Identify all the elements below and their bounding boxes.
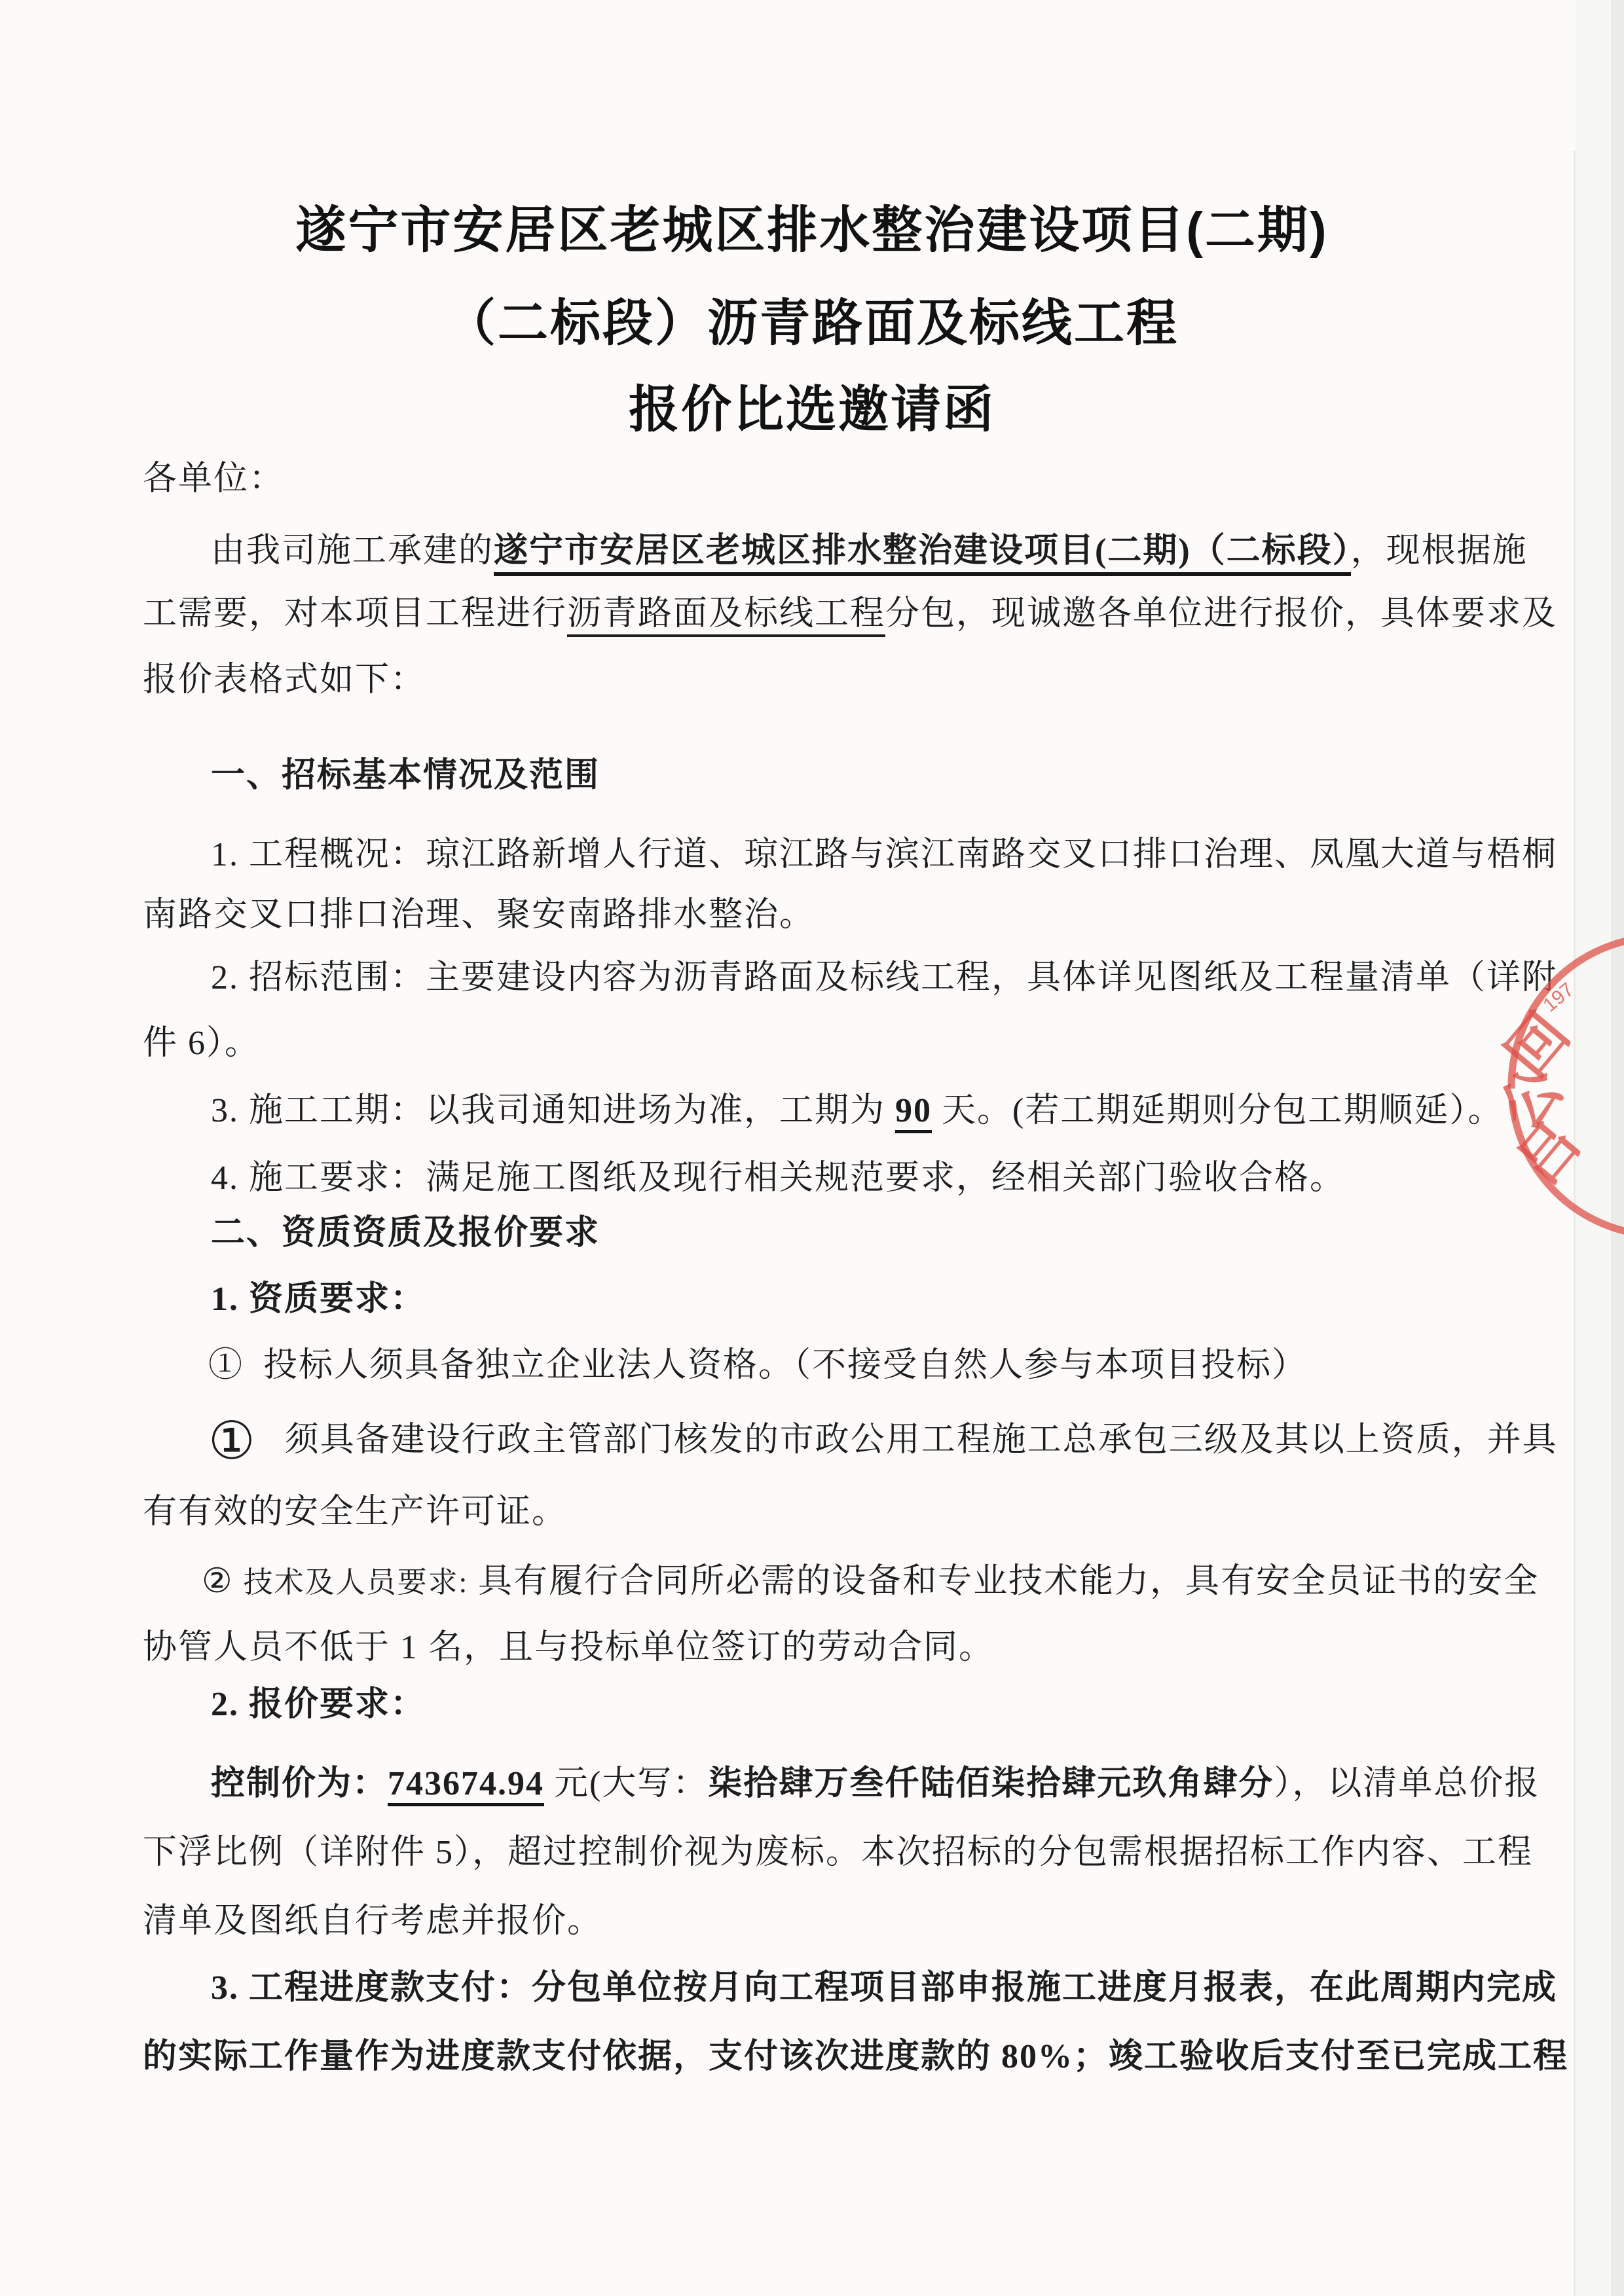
seal-ring-text: 197 (1539, 979, 1578, 1016)
text-segment: 有有效的安全生产许可证。 (143, 1493, 567, 1531)
control-price-line: 控制价为：743674.94 元(大写：柒拾肆万叁仟陆佰柒拾肆元玖角肆分），以清… (211, 1763, 1540, 1804)
subheading-qualification: 1. 资质要求： (211, 1279, 426, 1320)
list-item-3: 3. 施工工期：以我司通知进场为准，工期为 90 天。(若工期延期则分包工期顺延… (211, 1090, 1503, 1131)
text-segment: 天。(若工期延期则分包工期顺延）。 (932, 1092, 1503, 1129)
control-price-cont-1: 下浮比例（详附件 5），超过控制价视为废标。本次招标的分包需根据招标工作内容、工… (143, 1832, 1533, 1873)
document-title-line-1: 遂宁市安居区老城区排水整治建设项目(二期) (79, 200, 1545, 261)
document-title-line-3: 报价比选邀请函 (79, 380, 1545, 440)
progress-payment-line: 3. 工程进度款支付：分包单位按月向工程项目部申报施工进度月报表，在此周期内完成 (211, 1967, 1557, 2009)
text-segment: 南路交叉口排口治理、聚安南路排水整治。 (143, 896, 815, 934)
text-segment: 下浮比例（详附件 5），超过控制价视为废标。本次招标的分包需根据招标工作内容、工… (143, 1834, 1533, 1871)
list-item-2-cont: 件 6）。 (143, 1023, 260, 1064)
scanned-document-page: 遂宁市安居区老城区排水整治建设项目(二期) （二标段）沥青路面及标线工程 报价比… (0, 0, 1624, 2296)
text-segment: 元(大写： (544, 1765, 708, 1802)
text-segment: 3. 施工工期：以我司通知进场为准，工期为 (211, 1092, 895, 1129)
text-segment: 报价表格式如下： (143, 661, 426, 699)
text-segment: 工需要，对本项目工程进行 (143, 595, 567, 632)
text-segment: 各单位： (143, 460, 284, 498)
text-line: 报价表格式如下： (143, 659, 426, 701)
work-scope-underlined: 沥青路面及标线工程 (567, 595, 885, 637)
control-price-cont-2: 清单及图纸自行考虑并报价。 (143, 1901, 602, 1942)
circled-two: ② (202, 1563, 244, 1600)
list-item-1-cont: 南路交叉口排口治理、聚安南路排水整治。 (143, 894, 815, 936)
text-segment: 一、招标基本情况及范围 (211, 757, 600, 794)
text-segment: 清单及图纸自行考虑并报价。 (143, 1903, 602, 1940)
qualification-item-1b: ① 须具备建设行政主管部门核发的市政公用工程施工总承包三级及其以上资质，并具 (208, 1419, 1558, 1463)
text-line: 工需要，对本项目工程进行沥青路面及标线工程分包，现诚邀各单位进行报价，具体要求及 (143, 593, 1557, 634)
section-heading-1: 一、招标基本情况及范围 (211, 755, 600, 796)
qualification-item-2: ② 技术及人员要求: 具有履行合同所必需的设备和专业技术能力，具有安全员证书的安… (202, 1561, 1539, 1603)
text-segment: 3. 工程进度款支付：分包单位按月向工程项目部申报施工进度月报表，在此周期内完成 (211, 1969, 1557, 2007)
text-segment: 具有履行合同所必需的设备和专业技术能力，具有安全员证书的安全 (468, 1563, 1539, 1600)
project-name-underlined: 遂宁市安居区老城区排水整治建设项目(二期)（二标段） (494, 532, 1351, 576)
red-seal-graphic: 197 回 公 吕 (1473, 917, 1624, 1257)
control-price-label: 控制价为： (211, 1765, 388, 1802)
control-price-value: 743674.94 (388, 1765, 544, 1806)
list-item-4: 4. 施工要求：满足施工图纸及现行相关规范要求，经相关部门验收合格。 (211, 1157, 1345, 1199)
salutation: 各单位： (143, 458, 284, 500)
qualification-item-1: ① 投标人须具备独立企业法人资格。（不接受自然人参与本项目投标） (208, 1345, 1307, 1386)
text-segment: 的实际工作量作为进度款支付依据，支付该次进度款的 80%；竣工验收后支付至已完成… (143, 2038, 1568, 2075)
text-segment: ），以清单总价报 (1274, 1765, 1540, 1802)
section-heading-2: 二、资质资质及报价要求 (211, 1212, 600, 1254)
qualification-item-2-cont: 协管人员不低于 1 名，且与投标单位签订的劳动合同。 (143, 1627, 994, 1668)
text-segment: ① 投标人须具备独立企业法人资格。（不接受自然人参与本项目投标） (208, 1347, 1307, 1384)
circled-one-large: ① (208, 1413, 255, 1470)
list-item-1: 1. 工程概况：琼江路新增人行道、琼江路与滨江南路交叉口排口治理、凤凰大道与梧桐 (211, 834, 1557, 875)
text-line: 由我司施工承建的遂宁市安居区老城区排水整治建设项目(二期)（二标段），现根据施 (211, 530, 1528, 572)
duration-days-value: 90 (895, 1092, 932, 1133)
tech-personnel-label: 技术及人员要求: (244, 1566, 469, 1599)
text-segment: 须具备建设行政主管部门核发的市政公用工程施工总承包三级及其以上资质，并具 (255, 1421, 1558, 1459)
text-segment: 件 6）。 (143, 1025, 260, 1062)
price-in-words: 柒拾肆万叁仟陆佰柒拾肆元玖角肆分 (708, 1765, 1274, 1802)
text-segment: 由我司施工承建的 (211, 532, 494, 570)
progress-payment-cont: 的实际工作量作为进度款支付依据，支付该次进度款的 80%；竣工验收后支付至已完成… (143, 2036, 1568, 2077)
text-segment: 4. 施工要求：满足施工图纸及现行相关规范要求，经相关部门验收合格。 (211, 1159, 1345, 1197)
text-segment: 协管人员不低于 1 名，且与投标单位签订的劳动合同。 (143, 1629, 994, 1666)
list-item-2: 2. 招标范围：主要建设内容为沥青路面及标线工程，具体详见图纸及工程量清单（详附 (211, 957, 1557, 998)
text-segment: 2. 报价要求： (211, 1686, 426, 1723)
text-segment: 1. 资质要求： (211, 1281, 426, 1318)
qualification-item-1b-cont: 有有效的安全生产许可证。 (143, 1491, 567, 1533)
text-segment: 2. 招标范围：主要建设内容为沥青路面及标线工程，具体详见图纸及工程量清单（详附 (211, 959, 1557, 996)
subheading-quotation: 2. 报价要求： (211, 1684, 426, 1725)
red-seal-stamp: 197 回 公 吕 (1473, 917, 1624, 1257)
text-segment: 二、资质资质及报价要求 (211, 1214, 600, 1252)
text-segment: ，现根据施 (1351, 532, 1528, 570)
document-title-line-2: （二标段）沥青路面及标线工程 (79, 293, 1545, 354)
text-segment: 分包，现诚邀各单位进行报价，具体要求及 (885, 595, 1557, 632)
text-segment: 1. 工程概况：琼江路新增人行道、琼江路与滨江南路交叉口排口治理、凤凰大道与梧桐 (211, 836, 1557, 873)
